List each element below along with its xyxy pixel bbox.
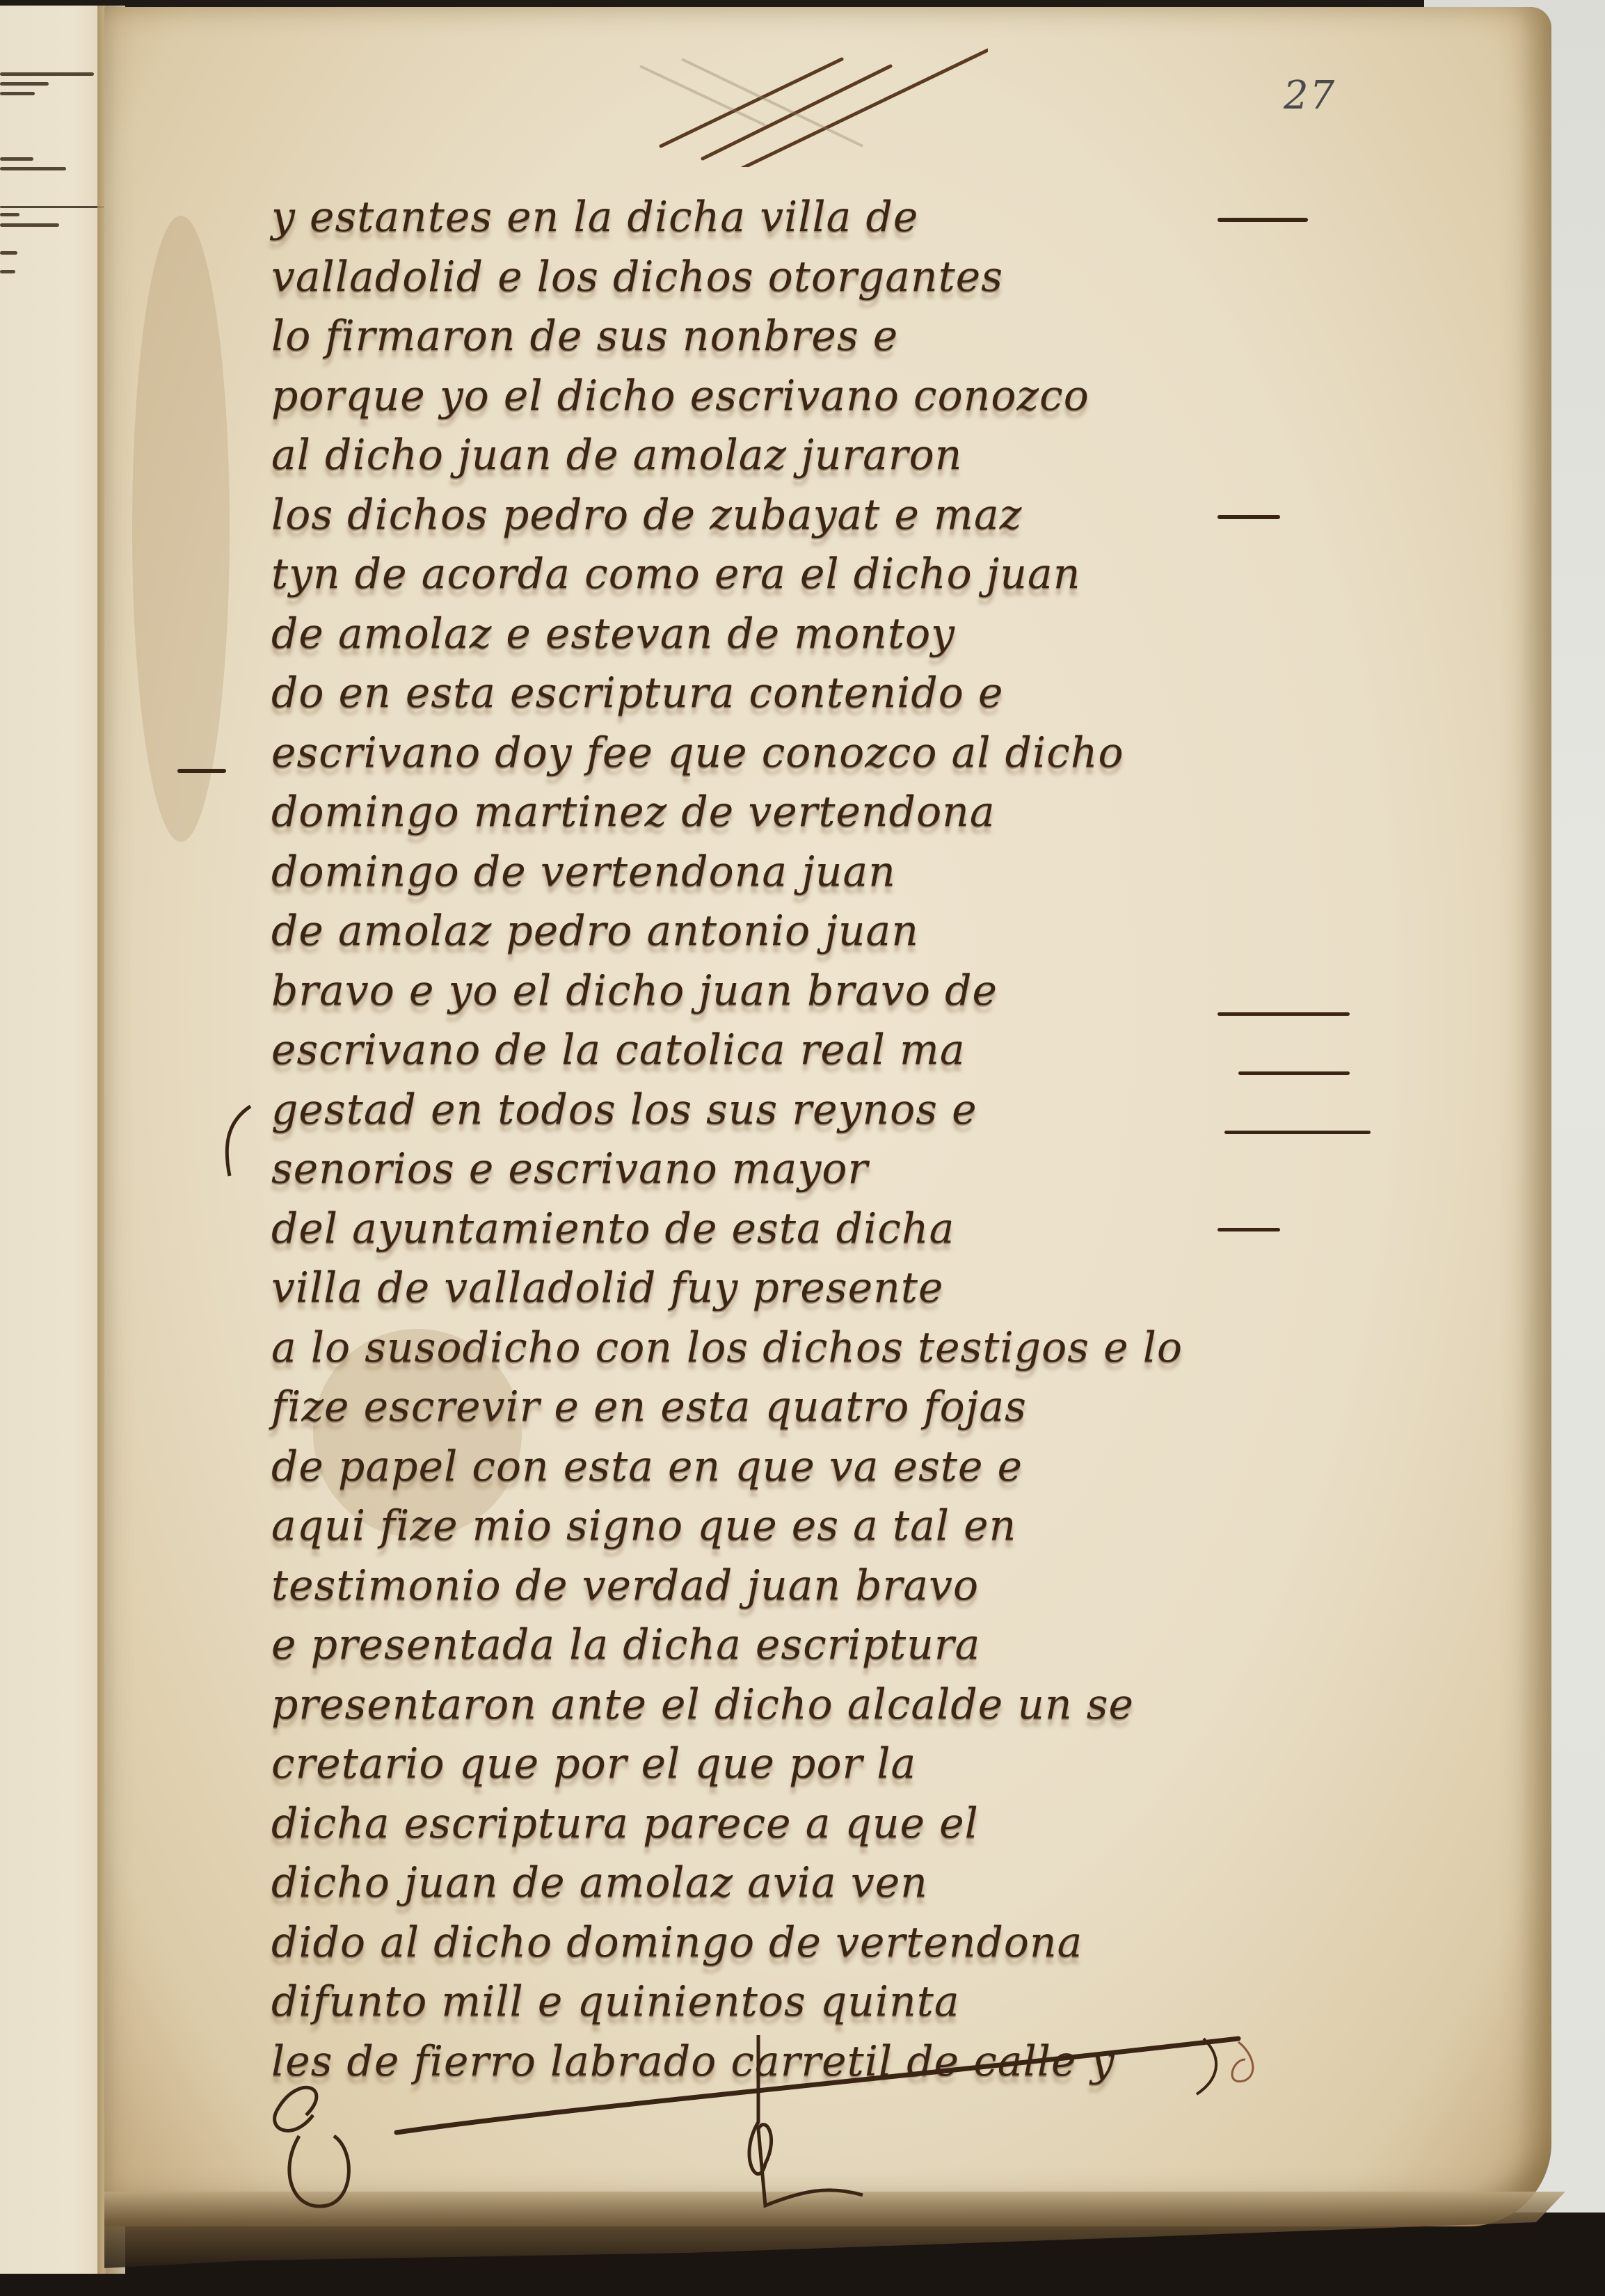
text-line: a lo susodicho con los dichos testigos e… xyxy=(271,1318,1357,1378)
text-line: lo firmaron de sus nonbres e xyxy=(271,307,1357,367)
text-line: presentaron ante el dicho alcalde un se xyxy=(271,1675,1357,1735)
left-page-ink-line xyxy=(0,223,59,227)
text-line: al dicho juan de amolaz juraron xyxy=(271,426,1357,486)
margin-flourish xyxy=(216,1099,257,1183)
left-page-ink-line xyxy=(0,92,35,95)
text-line: de amolaz pedro antonio juan xyxy=(271,902,1357,962)
text-line: escrivano de la catolica real ma xyxy=(271,1021,1357,1081)
line-fill-stroke xyxy=(1217,1012,1350,1016)
text-line: del ayuntamiento de esta dicha xyxy=(271,1199,1357,1259)
text-line: escrivano doy fee que conozco al dicho xyxy=(271,724,1357,783)
left-page-ink-line xyxy=(0,270,15,273)
text-line: fize escrevir e en esta quatro fojas xyxy=(271,1378,1357,1437)
text-line: senorios e escrivano mayor xyxy=(271,1140,1357,1199)
manuscript-text: y estantes en la dicha villa de valladol… xyxy=(271,188,1357,2091)
text-line: villa de valladolid fuy presente xyxy=(271,1259,1357,1318)
text-line: aqui fize mio signo que es a tal en xyxy=(271,1497,1357,1556)
text-line: cretario que por el que por la xyxy=(271,1735,1357,1794)
left-page-ink-line xyxy=(0,213,19,216)
text-line: bravo e yo el dicho juan bravo de xyxy=(271,962,1357,1021)
margin-dash xyxy=(177,769,226,773)
text-line: dicha escriptura parece a que el xyxy=(271,1794,1357,1854)
text-line: tyn de acorda como era el dicho juan xyxy=(271,545,1357,605)
left-page-ink-line xyxy=(0,167,66,170)
text-line: dido al dicho domingo de vertendona xyxy=(271,1913,1357,1973)
left-page-ink-line xyxy=(0,157,33,161)
text-line: domingo de vertendona juan xyxy=(271,843,1357,902)
left-page-ink-line xyxy=(0,251,17,255)
text-line: testimonio de verdad juan bravo xyxy=(271,1556,1357,1616)
text-line: dicho juan de amolaz avia ven xyxy=(271,1853,1357,1913)
left-page-ink-line xyxy=(0,82,49,86)
text-line: domingo martinez de vertendona xyxy=(271,783,1357,843)
left-page-ink-line xyxy=(0,206,104,208)
text-line: de amolaz e estevan de montoy xyxy=(271,605,1357,664)
text-line: los dichos pedro de zubayat e maz xyxy=(271,486,1357,545)
diagonal-strokes-mark xyxy=(612,42,988,167)
text-line: e presentada la dicha escriptura xyxy=(271,1616,1357,1675)
left-page-edge xyxy=(0,6,106,2274)
text-line: do en esta escriptura contenido e xyxy=(271,664,1357,724)
text-line: porque yo el dicho escrivano conozco xyxy=(271,367,1357,426)
line-fill-stroke xyxy=(1238,1071,1350,1075)
text-line: difunto mill e quinientos quinta xyxy=(271,1972,1357,2032)
manuscript-scan: 27 y estantes en la dicha villa de valla… xyxy=(0,0,1605,2296)
line-fill-stroke xyxy=(1217,218,1308,222)
text-line: de papel con esta en que va este e xyxy=(271,1437,1357,1497)
text-line: y estantes en la dicha villa de xyxy=(271,188,1357,248)
folio-number: 27 xyxy=(1284,73,1336,118)
left-page-ink-line xyxy=(0,72,94,76)
line-fill-stroke xyxy=(1224,1131,1371,1134)
notarial-rubric-signature xyxy=(250,2032,1294,2213)
text-line: valladolid e los dichos otorgantes xyxy=(271,248,1357,308)
line-fill-stroke xyxy=(1217,1228,1280,1231)
line-fill-stroke xyxy=(1217,515,1280,519)
paper-stain xyxy=(132,216,230,842)
text-line: gestad en todos los sus reynos e xyxy=(271,1081,1357,1140)
